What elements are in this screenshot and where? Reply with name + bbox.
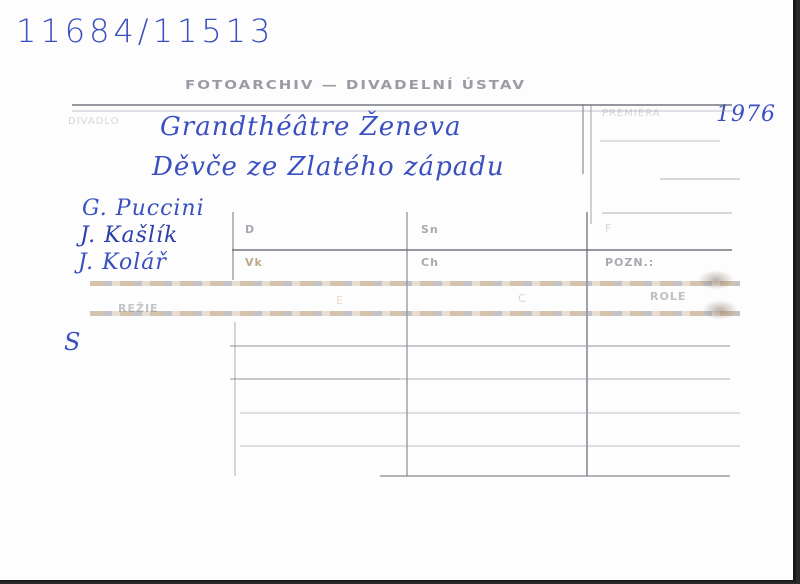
stamp-divider (582, 104, 584, 174)
ink-smudge (702, 300, 738, 320)
table-divider (234, 322, 236, 476)
stamp-top-rule (72, 104, 732, 106)
handwritten-composer: G. Puccini (82, 196, 205, 221)
inventory-number: 11684/11513 (16, 12, 274, 50)
label-rezie: REŽIE (118, 302, 159, 315)
label-c: C (518, 292, 527, 305)
table-rule (240, 445, 740, 447)
stamp-divider (406, 212, 408, 476)
label-role: ROLE (650, 290, 686, 303)
stamp-divider (590, 104, 592, 224)
handwritten-designer: J. Kolář (78, 250, 167, 275)
label-e: E (336, 294, 344, 307)
stamp-divider (586, 212, 588, 476)
table-rule (400, 378, 730, 380)
cell-f: F (605, 222, 612, 235)
cell-pozn: POZN.: (605, 256, 654, 269)
table-rule (230, 345, 730, 347)
stamp-divider (232, 212, 234, 280)
handwritten-theatre: Grandthéâtre Ženeva (160, 112, 461, 142)
label-premiera: PREMIÉRA (602, 108, 661, 119)
label-divadlo: DIVADLO (68, 116, 119, 127)
handwritten-director: J. Kašlík (80, 223, 178, 248)
cell-sn: Sn (421, 223, 439, 236)
cell-ch: Ch (421, 256, 439, 269)
stamp-rule-smudged (90, 281, 740, 286)
table-rule (230, 378, 400, 380)
handwritten-mark: S (64, 328, 81, 356)
cell-d: D (245, 223, 255, 236)
stamp-rule (660, 178, 740, 180)
table-bottom-rule (380, 475, 730, 477)
stamp-rule (600, 140, 720, 142)
photo-back-sheet: 11684/11513 FOTOARCHIV — DIVADELNÍ ÚSTAV… (0, 0, 796, 582)
table-rule (240, 412, 740, 414)
cell-vk: Vk (245, 256, 263, 269)
ink-smudge (698, 270, 734, 290)
stamp-rule-smudged (90, 311, 740, 316)
stamp-rule (602, 212, 732, 214)
handwritten-title: Děvče ze Zlatého západu (152, 152, 505, 182)
stamp-header: FOTOARCHIV — DIVADELNÍ ÚSTAV (185, 77, 526, 92)
stamp-rule (232, 249, 732, 251)
